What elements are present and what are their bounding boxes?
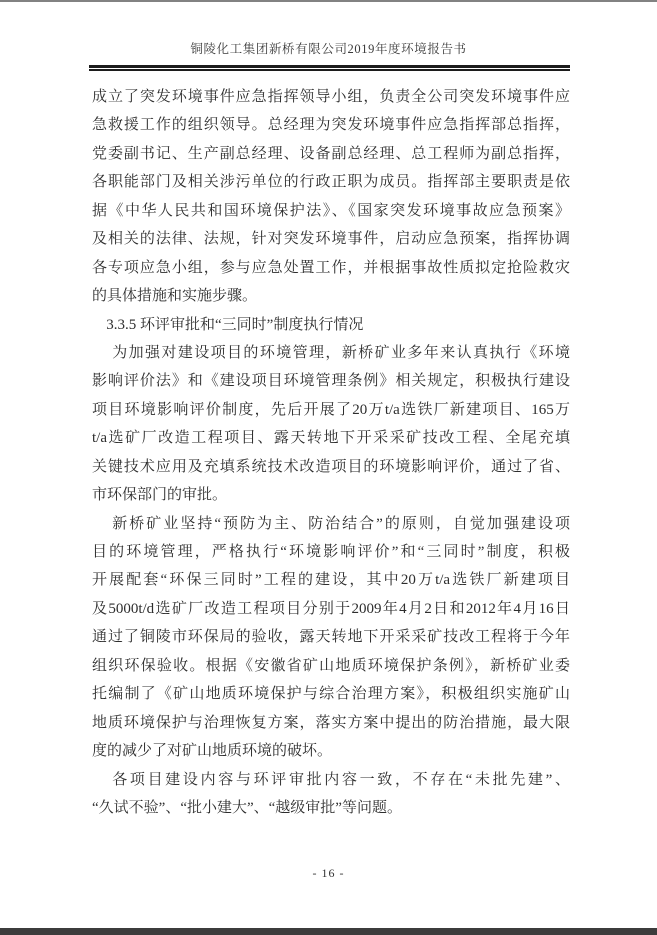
text-line: 成立了突发环境事件应急指挥领导小组，负责全公司突发环境事件应 [92, 83, 570, 111]
text-line: 及5000t/d选矿厂改造工程项目分别于2009年4月2日和2012年4月16日 [92, 595, 570, 623]
text-line: 度的减少了对矿山地质环境的破坏。 [92, 737, 570, 765]
text-line: 各职能部门及相关涉污单位的行政正职为成员。指挥部主要职责是依 [92, 168, 570, 196]
text-line: 据《中华人民共和国环境保护法》、《国家突发环境事故应急预案》 [92, 197, 570, 225]
text-line: 各专项应急小组，参与应急处置工作，并根据事故性质拟定抢险救灾 [92, 254, 570, 282]
text-line: 及相关的法律、法规，针对突发环境事件，启动应急预案，指挥协调 [92, 225, 570, 253]
document-body: 成立了突发环境事件应急指挥领导小组，负责全公司突发环境事件应 急救援工作的组织领… [92, 83, 570, 822]
section-heading: 3.3.5 环评审批和“三同时”制度执行情况 [92, 311, 570, 339]
text-line: 急救援工作的组织领导。总经理为突发环境事件应急指挥部总指挥， [92, 111, 570, 139]
page-header-title: 铜陵化工集团新桥有限公司2019年度环境报告书 [0, 39, 657, 57]
text-line: 通过了铜陵市环保局的验收，露天转地下开采采矿技改工程将于今年 [92, 623, 570, 651]
page-number: - 16 - [0, 866, 657, 881]
text-line: 影响评价法》和《建设项目环境管理条例》相关规定，积极执行建设 [92, 367, 570, 395]
page-bottom-edge-line [0, 928, 657, 935]
text-line: “久试不验”、“批小建大”、“越级审批”等问题。 [92, 794, 570, 822]
text-line: 组织环保验收。根据《安徽省矿山地质环境保护条例》，新桥矿业委 [92, 652, 570, 680]
text-line: 托编制了《矿山地质环境保护与综合治理方案》，积极组织实施矿山 [92, 680, 570, 708]
document-page: 铜陵化工集团新桥有限公司2019年度环境报告书 成立了突发环境事件应急指挥领导小… [0, 0, 657, 935]
header-divider-rule [89, 65, 570, 71]
text-line: 各项目建设内容与环评审批内容一致，不存在“未批先建”、 [92, 766, 570, 794]
text-line: 为加强对建设项目的环境管理，新桥矿业多年来认真执行《环境 [92, 339, 570, 367]
text-line: 党委副书记、生产副总经理、设备副总经理、总工程师为副总指挥， [92, 140, 570, 168]
text-line: 开展配套“环保三同时”工程的建设，其中20万t/a选铁厂新建项目 [92, 566, 570, 594]
text-line: 新桥矿业坚持“预防为主、防治结合”的原则，自觉加强建设项 [92, 510, 570, 538]
text-line: 项目环境影响评价制度，先后开展了20万t/a选铁厂新建项目、165万 [92, 396, 570, 424]
text-line: 关键技术应用及充填系统技术改造项目的环境影响评价，通过了省、 [92, 453, 570, 481]
text-line: 地质环境保护与治理恢复方案，落实方案中提出的防治措施，最大限 [92, 709, 570, 737]
text-line: 的具体措施和实施步骤。 [92, 282, 570, 310]
page-top-edge-line [0, 0, 657, 2]
text-line: t/a选矿厂改造工程项目、露天转地下开采采矿技改工程、全尾充填 [92, 424, 570, 452]
text-line: 市环保部门的审批。 [92, 481, 570, 509]
text-line: 目的环境管理，严格执行“环境影响评价”和“三同时”制度，积极 [92, 538, 570, 566]
